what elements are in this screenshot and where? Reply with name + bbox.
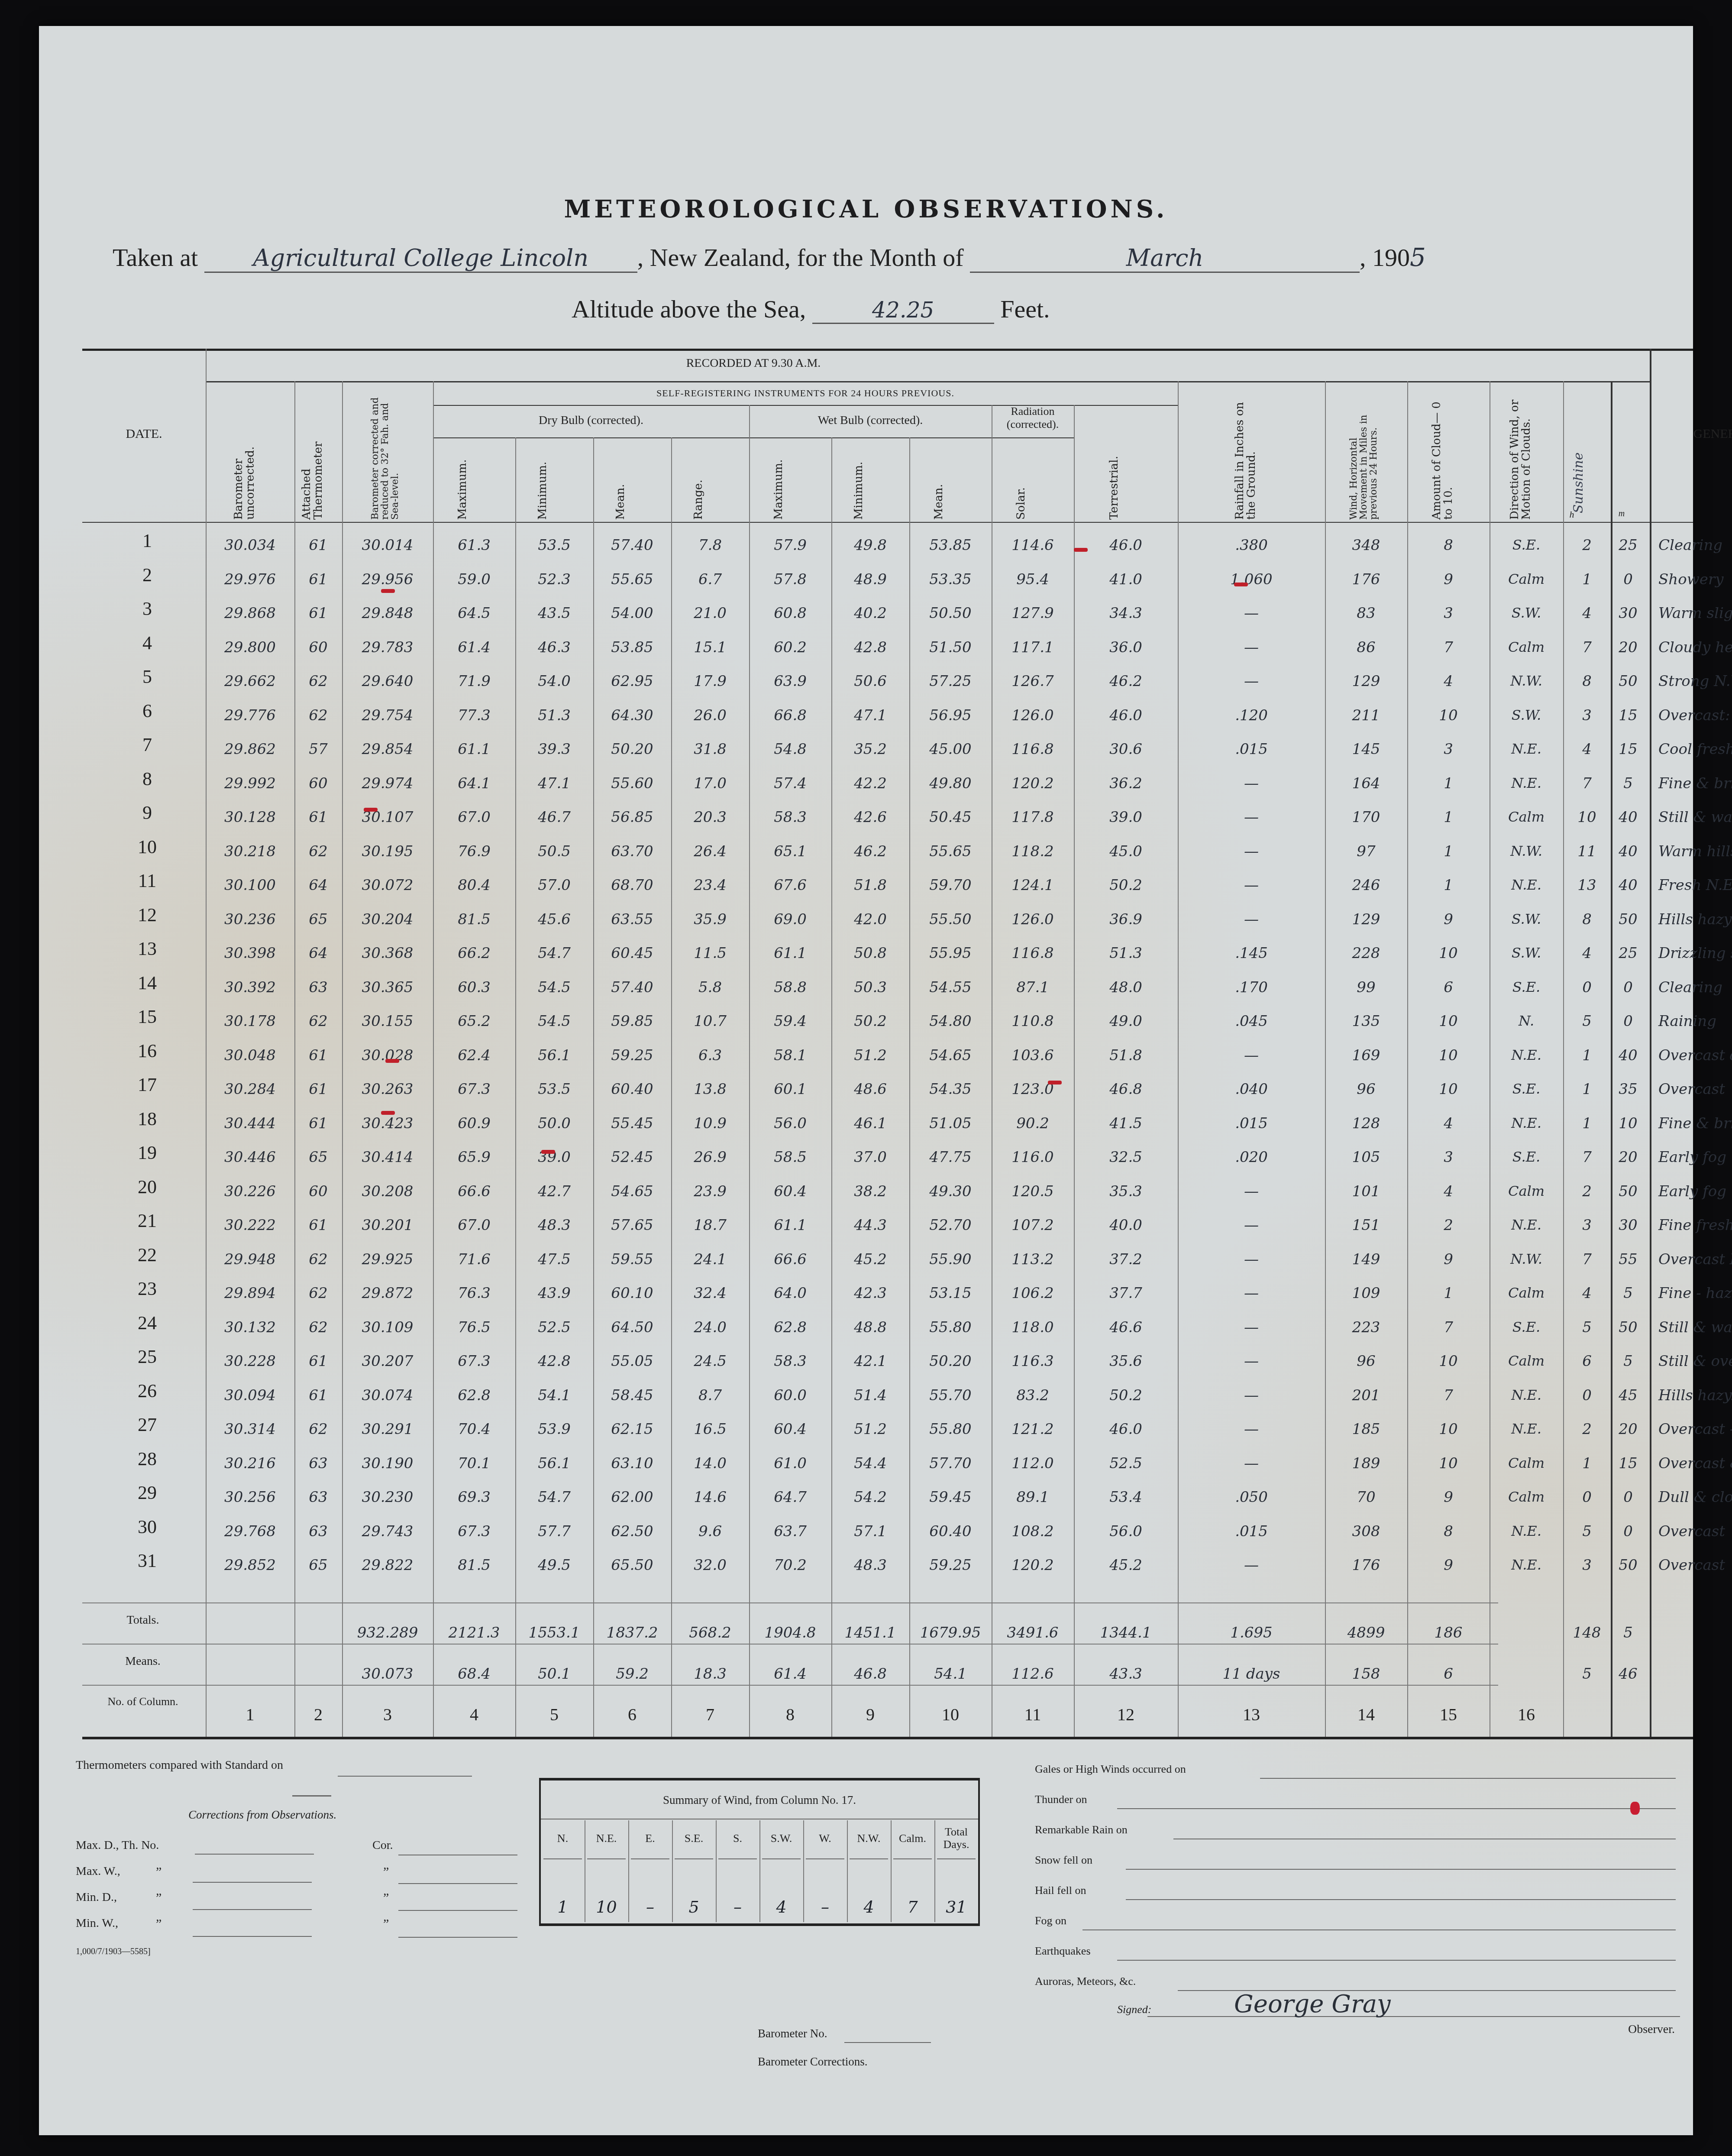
table-cell[interactable]: 60.9: [433, 1115, 515, 1132]
table-cell[interactable]: 67.0: [433, 1217, 515, 1234]
table-cell[interactable]: 49.8: [831, 537, 909, 554]
table-cell[interactable]: 30.263: [342, 1081, 433, 1098]
table-cell[interactable]: 60.40: [909, 1523, 992, 1540]
table-cell[interactable]: 62: [294, 1251, 342, 1268]
table-cell[interactable]: 7: [1407, 639, 1490, 656]
table-cell[interactable]: 0: [1611, 571, 1645, 588]
table-cell[interactable]: Calm: [1490, 1455, 1563, 1471]
table-cell[interactable]: 30.218: [206, 843, 294, 860]
table-cell[interactable]: —: [1178, 605, 1325, 622]
table-cell[interactable]: 65.9: [433, 1149, 515, 1166]
table-cell[interactable]: 51.2: [831, 1421, 909, 1438]
table-cell[interactable]: 45: [1611, 1387, 1645, 1404]
table-cell[interactable]: 49.30: [909, 1183, 992, 1200]
table-cell[interactable]: 36.9: [1074, 911, 1178, 928]
table-cell[interactable]: 63.7: [749, 1523, 831, 1540]
table-cell[interactable]: 29.992: [206, 775, 294, 792]
total-value[interactable]: 148: [1563, 1624, 1611, 1641]
table-cell[interactable]: 60: [294, 775, 342, 792]
table-cell[interactable]: 51.4: [831, 1387, 909, 1404]
table-cell[interactable]: 126.7: [992, 673, 1074, 690]
table-cell[interactable]: 30.178: [206, 1013, 294, 1030]
table-cell[interactable]: 51.8: [831, 877, 909, 894]
total-value[interactable]: 1.695: [1178, 1624, 1325, 1641]
table-cell[interactable]: 65: [294, 1557, 342, 1574]
table-cell[interactable]: 5: [1611, 1285, 1645, 1302]
table-cell[interactable]: 42.1: [831, 1353, 909, 1370]
table-cell[interactable]: 63: [294, 1489, 342, 1506]
table-cell[interactable]: 3: [1407, 1149, 1490, 1166]
table-cell[interactable]: .015: [1178, 1115, 1325, 1132]
table-cell[interactable]: 21.0: [671, 605, 749, 622]
table-cell[interactable]: 56.0: [1074, 1523, 1178, 1540]
wind-count[interactable]: 7: [891, 1897, 934, 1916]
table-cell[interactable]: Calm: [1490, 809, 1563, 825]
table-cell[interactable]: 53.35: [909, 571, 992, 588]
table-cell[interactable]: 45.2: [831, 1251, 909, 1268]
table-cell[interactable]: 64: [294, 877, 342, 894]
table-cell[interactable]: 51.50: [909, 639, 992, 656]
table-cell[interactable]: 40.0: [1074, 1217, 1178, 1234]
table-cell[interactable]: 15: [1611, 707, 1645, 724]
general-remark[interactable]: Dull & close: [1658, 1489, 1732, 1506]
table-cell[interactable]: 29.974: [342, 775, 433, 792]
mean-value[interactable]: 112.6: [992, 1665, 1074, 1683]
table-cell[interactable]: 7: [1563, 1149, 1611, 1166]
table-cell[interactable]: 30.228: [206, 1353, 294, 1370]
event-date-field[interactable]: [1126, 1899, 1676, 1900]
table-cell[interactable]: 42.3: [831, 1285, 909, 1302]
table-cell[interactable]: 62.50: [593, 1523, 671, 1540]
table-cell[interactable]: 30.365: [342, 979, 433, 996]
table-cell[interactable]: 0: [1611, 1489, 1645, 1506]
table-cell[interactable]: 10: [1407, 1081, 1490, 1098]
table-cell[interactable]: 81.5: [433, 911, 515, 928]
general-remark[interactable]: Clearing: [1658, 979, 1722, 996]
table-cell[interactable]: 30.094: [206, 1387, 294, 1404]
table-cell[interactable]: 30.128: [206, 809, 294, 826]
table-cell[interactable]: 57.40: [593, 537, 671, 554]
table-cell[interactable]: 117.8: [992, 809, 1074, 826]
table-cell[interactable]: N.E.: [1490, 1421, 1563, 1437]
table-cell[interactable]: Calm: [1490, 1489, 1563, 1505]
table-cell[interactable]: 59.45: [909, 1489, 992, 1506]
mean-value[interactable]: 61.4: [749, 1665, 831, 1683]
table-cell[interactable]: 50: [1611, 1557, 1645, 1574]
table-cell[interactable]: 96: [1325, 1081, 1407, 1098]
table-cell[interactable]: 29.956: [342, 571, 433, 588]
table-cell[interactable]: .015: [1178, 741, 1325, 758]
table-cell[interactable]: 30.109: [342, 1319, 433, 1336]
general-remark[interactable]: Showery: [1658, 571, 1723, 588]
table-cell[interactable]: 32.0: [671, 1557, 749, 1574]
table-cell[interactable]: 29.925: [342, 1251, 433, 1268]
table-cell[interactable]: N.E.: [1490, 1217, 1563, 1233]
general-remark[interactable]: Warm hills hazy: [1658, 843, 1732, 860]
table-cell[interactable]: 151: [1325, 1217, 1407, 1234]
table-cell[interactable]: 57: [294, 741, 342, 758]
table-cell[interactable]: 112.0: [992, 1455, 1074, 1472]
table-cell[interactable]: 4: [1407, 1115, 1490, 1132]
table-cell[interactable]: 1: [1407, 809, 1490, 826]
table-cell[interactable]: 30.201: [342, 1217, 433, 1234]
table-cell[interactable]: 35.3: [1074, 1183, 1178, 1200]
table-cell[interactable]: 71.6: [433, 1251, 515, 1268]
table-cell[interactable]: 109: [1325, 1285, 1407, 1302]
table-cell[interactable]: 31.8: [671, 741, 749, 758]
total-value[interactable]: 4899: [1325, 1624, 1407, 1641]
table-cell[interactable]: —: [1178, 809, 1325, 826]
table-cell[interactable]: 58.3: [749, 809, 831, 826]
mean-value[interactable]: 50.1: [515, 1665, 593, 1683]
table-cell[interactable]: 62: [294, 1013, 342, 1030]
table-cell[interactable]: 63.70: [593, 843, 671, 860]
total-value[interactable]: 1344.1: [1074, 1624, 1178, 1641]
table-cell[interactable]: 62: [294, 707, 342, 724]
table-cell[interactable]: 86: [1325, 639, 1407, 656]
table-cell[interactable]: 62: [294, 1285, 342, 1302]
table-cell[interactable]: 29.854: [342, 741, 433, 758]
table-cell[interactable]: 60: [294, 639, 342, 656]
table-cell[interactable]: 62: [294, 673, 342, 690]
table-cell[interactable]: 7: [1407, 1387, 1490, 1404]
table-cell[interactable]: 62.15: [593, 1421, 671, 1438]
table-cell[interactable]: 62: [294, 843, 342, 860]
table-cell[interactable]: —: [1178, 639, 1325, 656]
table-cell[interactable]: 0: [1563, 1489, 1611, 1506]
table-cell[interactable]: 30.414: [342, 1149, 433, 1166]
table-cell[interactable]: 71.9: [433, 673, 515, 690]
table-cell[interactable]: 66.2: [433, 945, 515, 962]
table-cell[interactable]: 30.392: [206, 979, 294, 996]
mean-value[interactable]: 54.1: [909, 1665, 992, 1683]
table-cell[interactable]: 10: [1407, 1013, 1490, 1030]
table-cell[interactable]: 9.6: [671, 1523, 749, 1540]
table-cell[interactable]: 60.3: [433, 979, 515, 996]
table-cell[interactable]: 211: [1325, 707, 1407, 724]
event-date-field[interactable]: [1117, 1960, 1676, 1961]
wind-count[interactable]: 10: [585, 1897, 628, 1916]
table-cell[interactable]: 10: [1407, 1353, 1490, 1370]
table-cell[interactable]: 10: [1407, 1421, 1490, 1438]
table-cell[interactable]: 9: [1407, 1251, 1490, 1268]
table-cell[interactable]: 121.2: [992, 1421, 1074, 1438]
table-cell[interactable]: 48.6: [831, 1081, 909, 1098]
table-cell[interactable]: 66.6: [433, 1183, 515, 1200]
table-cell[interactable]: 46.0: [1074, 707, 1178, 724]
mean-value[interactable]: 46.8: [831, 1665, 909, 1683]
total-value[interactable]: 5: [1611, 1624, 1645, 1641]
table-cell[interactable]: 61.0: [749, 1455, 831, 1472]
min-w-correction-field[interactable]: [398, 1937, 517, 1938]
table-cell[interactable]: 20.3: [671, 809, 749, 826]
table-cell[interactable]: 55.95: [909, 945, 992, 962]
table-cell[interactable]: 1: [1407, 843, 1490, 860]
table-cell[interactable]: 61: [294, 1115, 342, 1132]
table-cell[interactable]: 90.2: [992, 1115, 1074, 1132]
table-cell[interactable]: 57.8: [749, 571, 831, 588]
event-date-field[interactable]: [1126, 1869, 1676, 1870]
table-cell[interactable]: 58.8: [749, 979, 831, 996]
table-cell[interactable]: 54.7: [515, 945, 593, 962]
general-remark[interactable]: Cool fresh N.E. breeze heavy dew: [1658, 741, 1732, 758]
table-cell[interactable]: S.W.: [1490, 605, 1563, 621]
table-cell[interactable]: 30.230: [342, 1489, 433, 1506]
table-cell[interactable]: 54.35: [909, 1081, 992, 1098]
table-cell[interactable]: 30.446: [206, 1149, 294, 1166]
table-cell[interactable]: 14.6: [671, 1489, 749, 1506]
table-cell[interactable]: 18.7: [671, 1217, 749, 1234]
general-remark[interactable]: Overcast: raining: [1658, 707, 1732, 724]
table-cell[interactable]: 8: [1407, 537, 1490, 554]
table-cell[interactable]: 66.6: [749, 1251, 831, 1268]
table-cell[interactable]: 65.50: [593, 1557, 671, 1574]
table-cell[interactable]: 42.8: [515, 1353, 593, 1370]
table-cell[interactable]: 176: [1325, 1557, 1407, 1574]
table-cell[interactable]: 57.40: [593, 979, 671, 996]
table-cell[interactable]: Calm: [1490, 571, 1563, 587]
table-cell[interactable]: 50.2: [1074, 877, 1178, 894]
table-cell[interactable]: 7: [1563, 639, 1611, 656]
table-cell[interactable]: 6.7: [671, 571, 749, 588]
table-cell[interactable]: 29.662: [206, 673, 294, 690]
table-cell[interactable]: 30.195: [342, 843, 433, 860]
table-cell[interactable]: 37.0: [831, 1149, 909, 1166]
table-cell[interactable]: 124.1: [992, 877, 1074, 894]
event-date-field[interactable]: [1260, 1778, 1676, 1779]
table-cell[interactable]: 149: [1325, 1251, 1407, 1268]
table-cell[interactable]: 29.862: [206, 741, 294, 758]
table-cell[interactable]: .045: [1178, 1013, 1325, 1030]
table-cell[interactable]: 69.3: [433, 1489, 515, 1506]
table-cell[interactable]: 4: [1563, 945, 1611, 962]
table-cell[interactable]: 120.2: [992, 1557, 1074, 1574]
table-cell[interactable]: N.E.: [1490, 1523, 1563, 1539]
table-cell[interactable]: 48.3: [515, 1217, 593, 1234]
general-remark[interactable]: Fine fresh N.E. breeze: [1658, 1217, 1732, 1234]
table-cell[interactable]: 50: [1611, 1319, 1645, 1336]
table-cell[interactable]: 70.2: [749, 1557, 831, 1574]
table-cell[interactable]: 52.70: [909, 1217, 992, 1234]
table-cell[interactable]: 61: [294, 605, 342, 622]
table-cell[interactable]: 0: [1563, 979, 1611, 996]
table-cell[interactable]: —: [1178, 1387, 1325, 1404]
table-cell[interactable]: 30.222: [206, 1217, 294, 1234]
general-remark[interactable]: Overcast: [1658, 1557, 1725, 1574]
table-cell[interactable]: 246: [1325, 877, 1407, 894]
table-cell[interactable]: .015: [1178, 1523, 1325, 1540]
table-cell[interactable]: 61: [294, 537, 342, 554]
general-remark[interactable]: Strong N.W. arch: [1658, 673, 1732, 690]
table-cell[interactable]: 4: [1563, 605, 1611, 622]
table-cell[interactable]: 54.7: [515, 1489, 593, 1506]
table-cell[interactable]: 103.6: [992, 1047, 1074, 1064]
table-cell[interactable]: 50.2: [831, 1013, 909, 1030]
table-cell[interactable]: 126.0: [992, 911, 1074, 928]
table-cell[interactable]: 46.3: [515, 639, 593, 656]
table-cell[interactable]: 55.70: [909, 1387, 992, 1404]
table-cell[interactable]: 51.05: [909, 1115, 992, 1132]
table-cell[interactable]: 58.5: [749, 1149, 831, 1166]
table-cell[interactable]: 60.40: [593, 1081, 671, 1098]
table-cell[interactable]: 62: [294, 1421, 342, 1438]
general-remark[interactable]: Hills hazy. Nor'easter: [1658, 1387, 1732, 1404]
table-cell[interactable]: —: [1178, 1455, 1325, 1472]
general-remark[interactable]: Still & overcast: hills hazy: [1658, 1353, 1732, 1370]
table-cell[interactable]: 1: [1407, 877, 1490, 894]
table-cell[interactable]: 99: [1325, 979, 1407, 996]
table-cell[interactable]: 57.65: [593, 1217, 671, 1234]
table-cell[interactable]: 42.8: [831, 639, 909, 656]
table-cell[interactable]: 116.3: [992, 1353, 1074, 1370]
table-cell[interactable]: 135: [1325, 1013, 1407, 1030]
table-cell[interactable]: 49.5: [515, 1557, 593, 1574]
table-cell[interactable]: 30.074: [342, 1387, 433, 1404]
table-cell[interactable]: —: [1178, 1217, 1325, 1234]
table-cell[interactable]: 69.0: [749, 911, 831, 928]
table-cell[interactable]: 58.45: [593, 1387, 671, 1404]
table-cell[interactable]: 49.0: [1074, 1013, 1178, 1030]
table-cell[interactable]: 46.6: [1074, 1319, 1178, 1336]
table-cell[interactable]: 26.4: [671, 843, 749, 860]
table-cell[interactable]: 29.894: [206, 1285, 294, 1302]
table-cell[interactable]: 10: [1407, 1047, 1490, 1064]
table-cell[interactable]: 5: [1563, 1319, 1611, 1336]
table-cell[interactable]: 24.5: [671, 1353, 749, 1370]
table-cell[interactable]: 50.20: [909, 1353, 992, 1370]
table-cell[interactable]: 35: [1611, 1081, 1645, 1098]
table-cell[interactable]: N.E.: [1490, 775, 1563, 791]
table-cell[interactable]: 0: [1563, 1387, 1611, 1404]
table-cell[interactable]: 53.9: [515, 1421, 593, 1438]
table-cell[interactable]: 48.9: [831, 571, 909, 588]
table-cell[interactable]: 5: [1611, 1353, 1645, 1370]
table-cell[interactable]: 52.5: [515, 1319, 593, 1336]
general-remark[interactable]: Cloudy heavy dew: [1658, 639, 1732, 656]
table-cell[interactable]: 39.0: [1074, 809, 1178, 826]
table-cell[interactable]: 54.65: [593, 1183, 671, 1200]
table-cell[interactable]: 30.256: [206, 1489, 294, 1506]
table-cell[interactable]: 7: [1563, 775, 1611, 792]
table-cell[interactable]: 57.1: [831, 1523, 909, 1540]
table-cell[interactable]: 59.55: [593, 1251, 671, 1268]
table-cell[interactable]: 40: [1611, 843, 1645, 860]
table-cell[interactable]: 113.2: [992, 1251, 1074, 1268]
table-cell[interactable]: 116.0: [992, 1149, 1074, 1166]
table-cell[interactable]: 30.291: [342, 1421, 433, 1438]
table-cell[interactable]: 65.1: [749, 843, 831, 860]
table-cell[interactable]: 20: [1611, 1149, 1645, 1166]
table-cell[interactable]: 0: [1611, 1523, 1645, 1540]
table-cell[interactable]: 55.80: [909, 1319, 992, 1336]
table-cell[interactable]: 47.75: [909, 1149, 992, 1166]
table-cell[interactable]: 25: [1611, 945, 1645, 962]
station-name-field[interactable]: Agricultural College Lincoln: [204, 244, 637, 273]
general-remark[interactable]: Warm slight S.W. breeze: [1658, 605, 1732, 622]
table-cell[interactable]: 60.4: [749, 1421, 831, 1438]
table-cell[interactable]: 116.8: [992, 741, 1074, 758]
table-cell[interactable]: 30.398: [206, 945, 294, 962]
table-cell[interactable]: 89.1: [992, 1489, 1074, 1506]
table-cell[interactable]: 26.9: [671, 1149, 749, 1166]
table-cell[interactable]: 32.5: [1074, 1149, 1178, 1166]
table-cell[interactable]: 61: [294, 1217, 342, 1234]
mean-value[interactable]: 59.2: [593, 1665, 671, 1683]
table-cell[interactable]: 30: [1611, 1217, 1645, 1234]
table-cell[interactable]: 35.9: [671, 911, 749, 928]
table-cell[interactable]: 54.55: [909, 979, 992, 996]
general-remark[interactable]: Overcast N.W. arch: [1658, 1251, 1732, 1268]
table-cell[interactable]: 32.4: [671, 1285, 749, 1302]
table-cell[interactable]: 35.2: [831, 741, 909, 758]
observer-signature[interactable]: George Gray: [1234, 1990, 1391, 2018]
year-field[interactable]: 5: [1410, 243, 1426, 272]
table-cell[interactable]: 76.9: [433, 843, 515, 860]
table-cell[interactable]: 29.872: [342, 1285, 433, 1302]
table-cell[interactable]: .040: [1178, 1081, 1325, 1098]
table-cell[interactable]: 26.0: [671, 707, 749, 724]
table-cell[interactable]: 58.3: [749, 1353, 831, 1370]
table-cell[interactable]: 50.45: [909, 809, 992, 826]
table-cell[interactable]: 67.6: [749, 877, 831, 894]
table-cell[interactable]: 54.80: [909, 1013, 992, 1030]
table-cell[interactable]: 65: [294, 1149, 342, 1166]
table-cell[interactable]: 14.0: [671, 1455, 749, 1472]
table-cell[interactable]: 63: [294, 979, 342, 996]
table-cell[interactable]: 24.1: [671, 1251, 749, 1268]
min-d-correction-field[interactable]: [398, 1910, 517, 1911]
table-cell[interactable]: 61: [294, 1387, 342, 1404]
table-cell[interactable]: 120.5: [992, 1183, 1074, 1200]
table-cell[interactable]: 51.3: [515, 707, 593, 724]
table-cell[interactable]: 76.5: [433, 1319, 515, 1336]
table-cell[interactable]: 2: [1563, 537, 1611, 554]
table-cell[interactable]: 54.4: [831, 1455, 909, 1472]
total-value[interactable]: 1553.1: [515, 1624, 593, 1641]
mean-value[interactable]: 68.4: [433, 1665, 515, 1683]
table-cell[interactable]: 30.107: [342, 809, 433, 826]
table-cell[interactable]: 30.284: [206, 1081, 294, 1098]
table-cell[interactable]: 61: [294, 1081, 342, 1098]
table-cell[interactable]: 97: [1325, 843, 1407, 860]
table-cell[interactable]: 77.3: [433, 707, 515, 724]
table-cell[interactable]: 76.3: [433, 1285, 515, 1302]
table-cell[interactable]: .170: [1178, 979, 1325, 996]
table-cell[interactable]: 45.6: [515, 911, 593, 928]
table-cell[interactable]: 9: [1407, 1489, 1490, 1506]
general-remark[interactable]: Fine - haze on hills: [1658, 1285, 1732, 1302]
table-cell[interactable]: 54.8: [749, 741, 831, 758]
table-cell[interactable]: 50.8: [831, 945, 909, 962]
table-cell[interactable]: 57.70: [909, 1455, 992, 1472]
table-cell[interactable]: .050: [1178, 1489, 1325, 1506]
table-cell[interactable]: 56.95: [909, 707, 992, 724]
table-cell[interactable]: 10: [1611, 1115, 1645, 1132]
table-cell[interactable]: 30.314: [206, 1421, 294, 1438]
table-cell[interactable]: 59.85: [593, 1013, 671, 1030]
mean-value[interactable]: 5: [1563, 1665, 1611, 1683]
table-cell[interactable]: 10.7: [671, 1013, 749, 1030]
table-cell[interactable]: 62: [294, 1319, 342, 1336]
table-cell[interactable]: N.W.: [1490, 843, 1563, 859]
table-cell[interactable]: 47.5: [515, 1251, 593, 1268]
table-cell[interactable]: 46.0: [1074, 537, 1178, 554]
table-cell[interactable]: 63.55: [593, 911, 671, 928]
table-cell[interactable]: 66.8: [749, 707, 831, 724]
general-remark[interactable]: Overcast: [1658, 1081, 1725, 1098]
table-cell[interactable]: 70.4: [433, 1421, 515, 1438]
table-cell[interactable]: 50: [1611, 1183, 1645, 1200]
